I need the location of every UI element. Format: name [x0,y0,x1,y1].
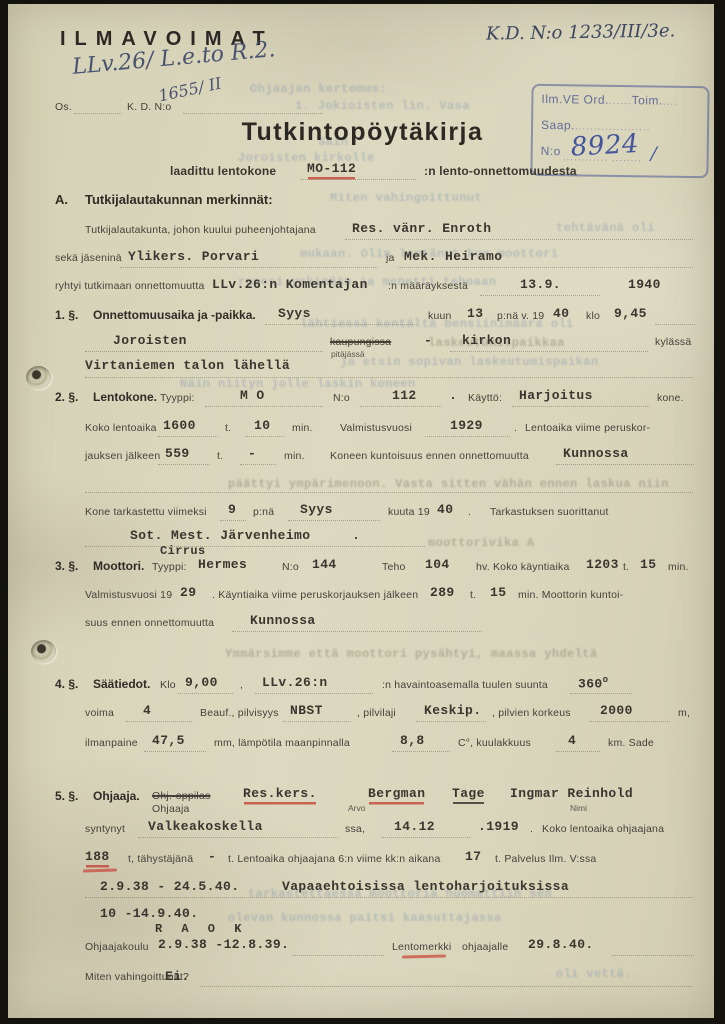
bleedthrough-text: ja etsin sopivan laskeutumispaikan [340,355,598,369]
field-birth-place: Valkeakoskella [148,819,263,834]
s4-num: 4. §. [55,677,78,691]
field-engine-type-correction: Cirrus [160,544,206,558]
fill-line [556,464,694,465]
bleedthrough-text: Miten vahingoittunut [330,191,482,205]
board-row1-label: Tutkijalautakunta, johon kuului puheenjo… [85,224,316,236]
klo-label: klo [586,310,600,322]
fill-line [570,693,632,694]
fill-line [240,464,276,465]
overhaul-label-1: Lentoaika viime peruskor- [525,422,650,434]
field-engine-type: Hermes [198,557,247,572]
field-engine-condition: Kunnossa [250,613,316,628]
field-inspect-year: 40 [437,502,453,517]
doc-title: Tutkintopöytäkirja [242,118,484,147]
field-inspector: Sot. Mest. Järvenheimo [130,528,310,543]
field-pilot-middlenames: Ingmar Reinhold [510,786,633,801]
fill-line [126,721,192,722]
field-inspect-day: 9 [228,502,236,517]
engine-year-label: Valmistusvuosi 19 [85,589,172,601]
fill-line [85,492,693,493]
c-label: C°, kuulakkuus [458,737,531,749]
field-birth-year: .1919 [478,819,519,834]
field-accident-year: 40 [553,306,569,321]
s5-label: Ohjaaja. [93,789,140,803]
nimi-label: Nimi [570,803,587,813]
field-engine-hours: 1203 [586,557,619,572]
bleedthrough-text: Ymmärsimme että moottori pysähtyi, maass… [225,647,597,661]
fill-line [360,406,442,407]
tyyppi-label: Tyyppi: [160,392,195,404]
field-raok: R A O K [155,922,247,936]
fill-line [85,351,323,352]
s5-num: 5. §. [55,789,78,803]
field-total-mins: 10 [254,418,270,433]
kylassa-label: kylässä [655,336,691,348]
t-label: t. [225,422,231,434]
ssa-label: ssa, [345,823,365,835]
field-build-year: 1929 [450,418,483,433]
bleedthrough-text: tehtävänä oli [556,221,655,235]
bleedthrough-text: Näin niityn jolle laskin koneen [180,377,416,391]
kaytto-label: Käyttö: [468,392,502,404]
km-label: km. Sade [608,737,654,749]
period-label: . [514,422,517,434]
stamp-dots: ...... [609,96,632,107]
condition-label: Koneen kuntoisuus ennen onnettomuutta [330,450,529,462]
field-engine-mins: 15 [640,557,656,572]
bleedthrough-text: Ohjaajan kertomus: [250,82,387,96]
fill-line [85,377,693,378]
station-suffix-label: :n havaintoasemalla tuulen suunta [382,679,548,691]
fill-line [512,406,650,407]
period-label: . [468,506,471,518]
field-temperature: 8,8 [400,733,425,748]
voima-label: voima [85,707,114,719]
subtitle-post: :n lento-onnettomuudesta [424,164,577,178]
field-overhaul-hours: 559 [165,446,190,461]
inspected-label: Kone tarkastettu viimeksi [85,506,207,518]
fill-line [200,986,693,987]
fill-line [265,324,417,325]
t-label: t. [470,589,476,601]
fill-line [590,721,670,722]
fill-line [292,955,384,956]
field-engine-oh-hours: 289 [430,585,455,600]
beauf-label: Beauf., pilvisyys [200,707,279,719]
t-label: t. [217,450,223,462]
fill-line [283,721,351,722]
comma: , [240,679,243,691]
stamp-saap-label: Saap. [541,118,575,132]
fill-line [288,520,380,521]
board-row2-label: sekä jäseninä [55,252,122,264]
s3-num: 3. §. [55,559,78,573]
fill-line [300,179,416,180]
field-order-giver: LLv.26:n Komentajan [212,277,368,292]
field-weather-station: LLv.26:n [262,675,328,690]
ja-label: ja [386,252,395,264]
kuuta-label: kuuta 19 [388,506,430,518]
field-overhaul-mins: - [248,446,256,461]
korkeus-label: , pilvien korkeus [492,707,571,719]
lentomerkki-label: Lentomerkki [392,941,451,953]
field-total-hours: 1600 [163,418,196,433]
fill-line [398,267,693,268]
fill-line [85,897,693,898]
fill-line [416,721,486,722]
field-engine-year: 29 [180,585,196,600]
fill-line [74,113,122,114]
stamp-dots: .... [663,97,678,108]
field-plane-use: Harjoitus [519,388,593,403]
service-label: t. Palvelus Ilm. V:ssa [495,853,596,865]
field-observer-hours: - [208,849,216,864]
min-label: min. [668,561,689,573]
s2-num: 2. §. [55,390,78,404]
typed-period: . [352,528,360,543]
fill-line [144,751,206,752]
field-accident-village: kirkon [462,333,511,348]
field-cloud-type: Keskip. [424,703,481,718]
synt-label: syntynyt [85,823,125,835]
typed-dash: - [424,333,432,348]
field-birth-date: 14.12 [394,819,435,834]
fill-line [556,751,600,752]
field-six-month-hours: 17 [465,849,481,864]
field-voluntary-dates: 10 -14.9.40. [100,906,198,921]
field-accident-place-detail: Virtaniemen talon lähellä [85,358,290,373]
fill-line [158,436,218,437]
fill-line [178,693,233,694]
fill-line [655,324,695,325]
m-label: m, [678,707,690,719]
pilvilaji-label: , pilvilaji [357,707,396,719]
field-school-dates: 2.9.38 -12.8.39. [158,937,289,952]
school-label: Ohjaajakoulu [85,941,149,953]
field-voluntary-training: Vapaaehtoisissa lentoharjoituksissa [282,879,569,894]
field-accident-day: 13 [467,306,483,321]
field-wind-direction: 360o [578,675,608,691]
scanned-document: Ohjaajan kertomus: 1. Jokioisten lin. Va… [0,0,725,1024]
fill-line [85,546,425,547]
struck-pupil-label: Ohj.-oppilas [152,790,210,802]
no-label: N:o [282,561,299,573]
field-badge-date: 29.8.40. [528,937,594,952]
min-label: min. [292,422,313,434]
field-inspect-month: Syys [300,502,333,517]
stamp-office: Ilm.VE Ord. [541,92,609,107]
stamp-number-slash: / [651,143,658,164]
os-label: Os. [55,101,72,113]
fill-line [382,837,470,838]
board-row3-label: ryhtyi tutkimaan onnettomuutta [55,280,205,292]
order-suffix: :n määräyksestä [388,280,468,292]
mm-label: mm, lämpötila maanpinnalla [214,737,350,749]
bleedthrough-text: oli vettä. [556,967,632,981]
inspector-label: Tarkastuksen suorittanut [490,506,609,518]
ohjaajalle-label: ohjaajalle [462,941,508,953]
bleedthrough-text: olevan kunnossa paitsi kaasuttajassa [228,911,502,925]
fill-line [450,351,648,352]
field-plane-type: M O [240,388,265,403]
field-member1: Ylikers. Porvari [128,249,259,264]
aircraft-id: MO-112 [307,161,356,177]
pitajassa-label: pitäjässä [331,349,365,359]
observer-label: t, tähystäjänä [128,853,193,865]
teho-label: Teho [382,561,406,573]
field-service-period: 2.9.38 - 24.5.40. [100,879,239,894]
field-plane-condition: Kunnossa [563,446,629,461]
valm-label: Valmistusvuosi [340,422,412,434]
fill-line [220,520,246,521]
fill-line [205,406,323,407]
fill-line [120,267,378,268]
field-engine-number: 144 [312,557,337,572]
hv-label: hv. Koko käyntiaika [476,561,570,573]
fill-line [158,464,210,465]
no-label: N:o [333,392,350,404]
fill-line [392,751,450,752]
paine-label: ilmanpaine [85,737,138,749]
pna-label: p:nä [253,506,274,518]
field-accident-month: Syys [278,306,311,321]
min-label: min. [284,450,305,462]
typed-period: . [449,388,457,403]
subtitle-pre: laadittu lentokone [170,164,276,178]
overhaul-label-2: jauksen jälkeen [85,450,160,462]
field-engine-power: 104 [425,557,450,572]
fill-line [480,295,600,296]
fill-line [138,837,338,838]
tyyppi-label: Tyyppi: [152,561,187,573]
field-pilot-rank: Res.kers. [243,786,317,802]
field-order-date: 13.9. [520,277,561,292]
field-pilot-firstname: Tage [452,786,485,802]
engine-cond-label-2: suus ennen onnettomuutta [85,617,214,629]
s4-label: Säätiedot. [93,677,150,691]
field-wind-force: 4 [143,703,151,718]
field-accident-time: 9,45 [614,306,647,321]
klo-label: Klo [160,679,176,691]
field-accident-town: Joroisten [113,333,187,348]
field-pressure: 47,5 [152,733,185,748]
field-cloudiness: NBST [290,703,323,718]
field-injury-answer: Ei. [165,969,190,984]
field-cloud-height: 2000 [600,703,633,718]
handwritten-kd-number: K.D. N:o 1233/III/3e. [486,20,676,44]
s1-num: 1. §. [55,308,78,322]
field-order-year: 1940 [628,277,661,292]
field-pilot-surname: Bergman [368,786,425,802]
bleedthrough-text: moottorivika A [428,536,534,550]
stamp-toim: Toim. [632,93,663,107]
field-weather-time: 9,00 [185,675,218,690]
section-a-num: A. [55,192,68,207]
fill-line [246,436,284,437]
pna-label: p:nä v. 19 [497,310,544,322]
flight-time-label: Koko lentoaika [85,422,157,434]
engine-overhaul-label: . Käyntiaika viime peruskorjauksen jälke… [212,589,418,601]
punch-hole [26,366,51,389]
bleedthrough-text: päättyi ympärimenoon. Vasta sitten vähän… [228,477,669,491]
field-chairman: Res. vänr. Enroth [352,221,491,236]
struck-kaupungissa: kaupungissa [330,336,391,348]
total-as-pilot-label: Koko lentoaika ohjaajana [542,823,664,835]
field-member2: Mek. Heiramo [404,249,502,264]
t-label: t. [623,561,629,573]
field-pilot-hours: 188 [85,849,110,865]
stamp-no-label: N:o [541,144,561,158]
six-month-label: t. Lentoaika ohjaajana 6:n viime kk:n ai… [228,853,441,865]
field-visibility: 4 [568,733,576,748]
s2-label: Lentokone. [93,390,157,404]
fill-line [255,693,373,694]
kone-label: kone. [657,392,684,404]
fill-line [345,239,693,240]
arvo-label: Arvo [348,803,365,813]
fill-line [183,113,323,114]
section-a-heading: Tutkijalautakunnan merkinnät: [85,192,273,207]
fill-line [425,436,510,437]
bleedthrough-text: 1. Jokioisten lin. Vasa [295,99,470,113]
ohjaaja-label: Ohjaaja [152,803,190,815]
fill-line [612,955,694,956]
fill-line [232,631,482,632]
punch-hole [31,640,56,663]
field-engine-oh-mins: 15 [490,585,506,600]
s3-label: Moottori. [93,559,144,573]
kuun-label: kuun [428,310,452,322]
field-plane-number: 112 [392,388,417,403]
engine-cond-label-1: min. Moottorin kuntoi- [518,589,623,601]
kdn-label: K. D. N:o [127,101,171,113]
period-label: . [530,823,533,835]
s1-label: Onnettomuusaika ja -paikka. [93,308,256,322]
